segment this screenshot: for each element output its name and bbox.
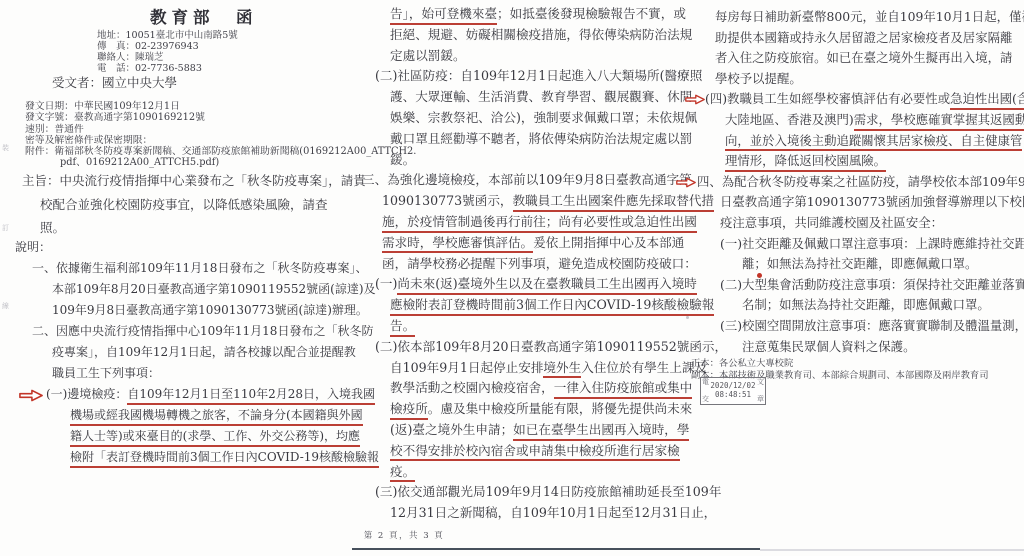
doc-line: (二)大型集會活動防疫注意事項：須保持社交距離並落實實 [720, 277, 1024, 293]
text-run: (二)依本部109年8月20日臺教高通字第1090119552號函示， [375, 339, 727, 354]
doc-line: 告。 [390, 318, 415, 334]
text-run: 疫專案」，自109年12月1日起，請各校據以配合並提醒教 [52, 345, 356, 359]
page-separator-line-faint [760, 549, 1024, 551]
underlined-text-run: 檢附「表訂登機時間前3個工作日內COVID-19核酸檢驗報 [70, 450, 379, 468]
doc-line: (一)尚未來(返)臺境外生以及在臺教職員工生出國再入境時 [375, 276, 697, 292]
underlined-text-run: 急迫性出國(含 [950, 91, 1024, 110]
red-arrow-annotation [676, 176, 696, 189]
underlined-text-run: 向，並於入境後主動追蹤關懷其居家檢疫、自主健康管 [725, 133, 1022, 152]
underlined-text-run: 一律入住防疫旅館或集中 [554, 380, 693, 399]
text-run: 函，請學校務必提醒下列事項，避免造成校園防疫破口： [382, 256, 697, 271]
doc-line: 護、大眾運輸、生活消費、教育學習、觀展觀賽、休閒 [390, 89, 692, 105]
doc-line: 本部109年8月20日臺教高通字第1090119552號函(諒達)及 [52, 282, 376, 298]
underlined-text-run: 自109年12月1日至110年2月28日，入境我國 [127, 387, 375, 405]
doc-line: 校不得安排於校內宿舍或申請集中檢疫所進行居家檢 [390, 443, 680, 459]
doc-line: 拒絕、規避、妨礙相關檢疫措施，得依傳染病防治法規 [390, 27, 692, 43]
text-run: 助提供本國籍或持永久居留證之居家檢疫者及居家隔離 [715, 30, 1012, 45]
doc-line: 機場或經我國機場轉機之旅客，不論身分(本國籍與外國 [70, 408, 363, 424]
doc-line: 理情形，降低返回校園風險。 [725, 153, 886, 169]
doc-line: 職員工生下列事項： [52, 366, 160, 382]
underlined-text-run: 境外生 [543, 360, 581, 379]
doc-line: 疫。 [390, 464, 415, 480]
underlined-text-run: 需求，學校應確實掌握其返國動 [854, 112, 1024, 131]
doc-line: 學校予以提醒。 [715, 71, 802, 87]
text-run: 12月31日之新聞稿，自109年10月1日起至12月31日止， [390, 505, 716, 520]
doc-line: 12月31日之新聞稿，自109年10月1日起至12月31日止， [390, 505, 716, 521]
doc-line: (三)校園空間開放注意事項：應落實實聯制及體溫量測，並 [720, 318, 1024, 334]
underlined-text-run: 如已在臺學生出國再入境時，學 [513, 422, 689, 441]
binding-mark: 裝 [2, 145, 9, 152]
doc-line: (三)依交通部觀光局109年9月14日防疫旅館補助延長至109年 [375, 484, 721, 500]
text-run: 疫注意事項，共同維護校園及社區安全： [720, 215, 943, 230]
doc-line: 說明： [15, 240, 51, 256]
doc-line: 日臺教高通字第1090130773號函加強督導辦理以下校園防 [720, 194, 1024, 210]
text-run: (四)教職員工生如經學校審慎評估有必要性或 [705, 91, 950, 106]
text-run: (三)依交通部觀光局109年9月14日防疫旅館補助延長至109年 [375, 484, 721, 499]
text-run: 每房每日補助新臺幣800元，並自109年10月1日起，僅補 [715, 9, 1024, 24]
body-column-middle: 告」，始可登機來臺；如抵臺後發現檢驗報告不實，或拒絕、規避、妨礙相關檢疫措施，得… [355, 0, 695, 556]
doc-line: 疫注意事項，共同維護校園及社區安全： [720, 215, 943, 231]
binding-dot [686, 316, 689, 319]
underlined-text-run: 機場或經我國機場轉機之旅客，不論身分(本國籍與外國 [70, 408, 363, 426]
text-run: (三)校園空間開放注意事項：應落實實聯制及體溫量測，並 [720, 318, 1024, 333]
underlined-text-run: 告。 [390, 318, 415, 337]
text-run: 1090130773號函示， [382, 193, 513, 208]
text-run: 109年9月8日臺教高通字第1090130773號函(諒達)辦理。 [52, 303, 368, 317]
text-run: (二)社區防疫：自109年12月1日起進入八大類場所(醫療照 [375, 68, 702, 83]
binding-mark: 訂 [2, 225, 9, 232]
text-run: 職員工生下列事項： [52, 366, 160, 380]
text-run: ；如抵臺後發現檢驗報告不實，或 [497, 6, 686, 21]
doc-line: 定處以罰鍰。 [390, 48, 466, 64]
doc-line: 籍人士等)或來臺目的(求學、工作、外交公務等)，均應 [70, 429, 360, 445]
text-run: 二、因應中央流行疫情指揮中心109年11月18日發布之「秋冬防 [32, 324, 373, 338]
text-run: 鍰。 [390, 152, 415, 167]
doc-line: 每房每日補助新臺幣800元，並自109年10月1日起，僅補 [715, 9, 1024, 25]
doc-line: 1090130773號函示，教職員工生出國案件應先採取替代措 [382, 193, 714, 209]
text-run: 離；如無法為持社交距離，即應佩戴口罩。 [742, 256, 977, 271]
text-run: 娛樂、宗教祭祀、洽公)，強制要求佩戴口罩；未依規佩 [390, 110, 697, 125]
doc-line: (二)社區防疫：自109年12月1日起進入八大類場所(醫療照 [375, 68, 702, 84]
red-arrow-annotation [19, 389, 43, 402]
doc-line: 向，並於入境後主動追蹤關懷其居家檢疫、自主健康管 [725, 133, 1022, 149]
stamp-time: 08:48:51 [701, 391, 765, 399]
text-run: 拒絕、規避、妨礙相關檢疫措施，得依傳染病防治法規 [390, 27, 692, 42]
underlined-text-run: 理情形，降低返回校園風險。 [725, 153, 886, 172]
text-run: (一)社交距離及佩戴口罩注意事項：上課時應維持社交距 [720, 236, 1024, 251]
doc-line: 自109年9月1日起停止安排境外生入住位於有學生上課及 [390, 360, 707, 376]
document-page: 教育部 函 地址：10051臺北市中山南路5號 傳 真：02-23976943 … [0, 0, 1024, 556]
body-column-left: 說明：一、依據衛生福利部109年11月18日發布之「秋冬防疫專案」、本部109年… [0, 0, 362, 556]
underlined-text-run: 施，於疫情管制過後再行前往；尚有必要性或急迫性出國 [382, 214, 697, 233]
text-run: (一)邊境檢疫： [46, 387, 127, 401]
doc-line: 大陸地區、香港及澳門)需求，學校應確實掌握其返國動 [725, 112, 1024, 128]
doc-line: (返)臺之境外生申請；如已在臺學生出國再入境時，學 [390, 422, 689, 438]
text-run: 者入住之防疫旅宿。如已在臺之境外生擬再出入境，請 [715, 50, 1012, 65]
binding-dot [686, 366, 689, 369]
original-recipient-line: 正本：各公私立大專校院 [691, 358, 989, 370]
text-run: 大陸地區、香港及澳門) [725, 112, 854, 127]
underlined-text-run: 教職員工生出國案件應先採取替代措 [513, 193, 715, 212]
text-run: 爰依上開指揮中心及本部通 [533, 235, 684, 250]
text-run: 。慮及集中檢疫所量能有限，將優先提供尚未來 [428, 401, 692, 416]
text-run: 教學活動之校園內檢疫宿舍， [390, 380, 554, 395]
doc-line: 告」，始可登機來臺；如抵臺後發現檢驗報告不實，或 [390, 6, 686, 22]
doc-line: 一、依據衛生福利部109年11月18日發布之「秋冬防疫專案」、 [32, 261, 367, 277]
doc-line: 名制；如無法為持社交距離，即應佩戴口罩。 [742, 297, 990, 313]
underlined-text-run: 告」，始可登機來臺 [390, 6, 497, 25]
text-run: 注意蒐集民眾個人資料之保護。 [742, 339, 915, 354]
text-run: 三、為強化邊境檢疫，本部前以109年9月8日臺教高通字第 [362, 172, 692, 187]
text-run: 戴口罩且經勸導不聽者，將依傳染病防治法規定處以罰 [390, 131, 692, 146]
doc-line: 娛樂、宗教祭祀、洽公)，強制要求佩戴口罩；未依規佩 [390, 110, 697, 126]
underlined-text-run: 檢疫所 [390, 401, 428, 420]
doc-line: 離；如無法為持社交距離，即應佩戴口罩。 [742, 256, 977, 272]
text-run: 名制；如無法為持社交距離，即應佩戴口罩。 [742, 297, 990, 312]
doc-line: 者入住之防疫旅宿。如已在臺之境外生擬再出入境，請 [715, 50, 1012, 66]
doc-line: 四、為配合秋冬防疫專案之社區防疫，請學校依本部109年9月8 [697, 174, 1024, 190]
underlined-text-run: 尚未來(返)臺境外生以及在臺教職員工生出國再入境時 [397, 276, 696, 295]
text-run: 學校予以提醒。 [715, 71, 802, 86]
underlined-text-run: 籍人士等)或來臺目的(求學、工作、外交公務等)，均應 [70, 429, 360, 447]
underlined-text-run: 應檢附表訂登機時間前3個工作日內COVID-19核酸檢驗報 [390, 297, 714, 316]
text-run: 護、大眾運輸、生活消費、教育學習、觀展觀賽、休閒 [390, 89, 692, 104]
doc-line: 戴口罩且經勸導不聽者，將依傳染病防治法規定處以罰 [390, 131, 692, 147]
page-separator-line [352, 548, 760, 550]
text-run: 本部109年8月20日臺教高通字第1090119552號函(諒達)及 [52, 282, 376, 296]
doc-line: 疫專案」，自109年12月1日起，請各校據以配合並提醒教 [52, 345, 356, 361]
doc-line: 教學活動之校園內檢疫宿舍，一律入住防疫旅館或集中 [390, 380, 692, 396]
doc-line: 檢附「表訂登機時間前3個工作日內COVID-19核酸檢驗報 [70, 450, 379, 466]
doc-line: 注意蒐集民眾個人資料之保護。 [742, 339, 915, 355]
doc-line: (一)社交距離及佩戴口罩注意事項：上課時應維持社交距 [720, 236, 1024, 252]
underlined-text-run: 疫。 [390, 464, 415, 483]
stamp-date: 2020/12/02 [701, 382, 765, 390]
red-arrow-annotation [685, 93, 705, 106]
body-column-right: 每房每日補助新臺幣800元，並自109年10月1日起，僅補助提供本國籍或持永久居… [690, 0, 1024, 556]
doc-line: (四)教職員工生如經學校審慎評估有必要性或急迫性出國(含 [705, 91, 1024, 107]
text-run: 日臺教高通字第1090130773號函加強督導辦理以下校園防 [720, 194, 1024, 209]
text-run: (二)大型集會活動防疫注意事項：須保持社交距離並落實實 [720, 277, 1024, 292]
doc-line: 鍰。 [390, 152, 415, 168]
underlined-text-run: 需求時，學校應審慎評估。 [382, 235, 533, 254]
doc-line: 函，請學校務必提醒下列事項，避免造成校園防疫破口： [382, 256, 697, 272]
binding-mark: 線 [2, 303, 9, 310]
doc-line: 施，於疫情管制過後再行前往；尚有必要性或急迫性出國 [382, 214, 697, 230]
text-run: 說明： [15, 240, 51, 254]
doc-line: 二、因應中央流行疫情指揮中心109年11月18日發布之「秋冬防 [32, 324, 373, 340]
doc-line: 需求時，學校應審慎評估。爰依上開指揮中心及本部通 [382, 235, 684, 251]
doc-line: (一)邊境檢疫：自109年12月1日至110年2月28日，入境我國 [46, 387, 375, 403]
text-run: 自109年9月1日起停止安排 [390, 360, 543, 375]
text-run: (返)臺之境外生申請； [390, 422, 513, 437]
text-run: (一) [375, 276, 397, 291]
doc-line: 應檢附表訂登機時間前3個工作日內COVID-19核酸檢驗報 [390, 297, 714, 313]
text-run: 定處以罰鍰。 [390, 48, 466, 63]
doc-line: 檢疫所。慮及集中檢疫所量能有限，將優先提供尚未來 [390, 401, 692, 417]
text-run: 四、為配合秋冬防疫專案之社區防疫，請學校依本部109年9月8 [697, 174, 1024, 189]
underlined-text-run: 校不得安排於校內宿舍或申請集中檢疫所進行居家檢 [390, 443, 680, 462]
doc-line: 助提供本國籍或持永久居留證之居家檢疫者及居家隔離 [715, 30, 1012, 46]
text-run: 一、依據衛生福利部109年11月18日發布之「秋冬防疫專案」、 [32, 261, 367, 275]
doc-line: 109年9月8日臺教高通字第1090130773號函(諒達)辦理。 [52, 303, 368, 319]
delivery-stamp: 電 文 交 章 2020/12/02 08:48:51 [700, 377, 766, 405]
page-number-footer: 第 2 頁，共 3 頁 [352, 529, 456, 541]
doc-line: 三、為強化邊境檢疫，本部前以109年9月8日臺教高通字第 [362, 172, 692, 188]
doc-line: (二)依本部109年8月20日臺教高通字第1090119552號函示， [375, 339, 727, 355]
